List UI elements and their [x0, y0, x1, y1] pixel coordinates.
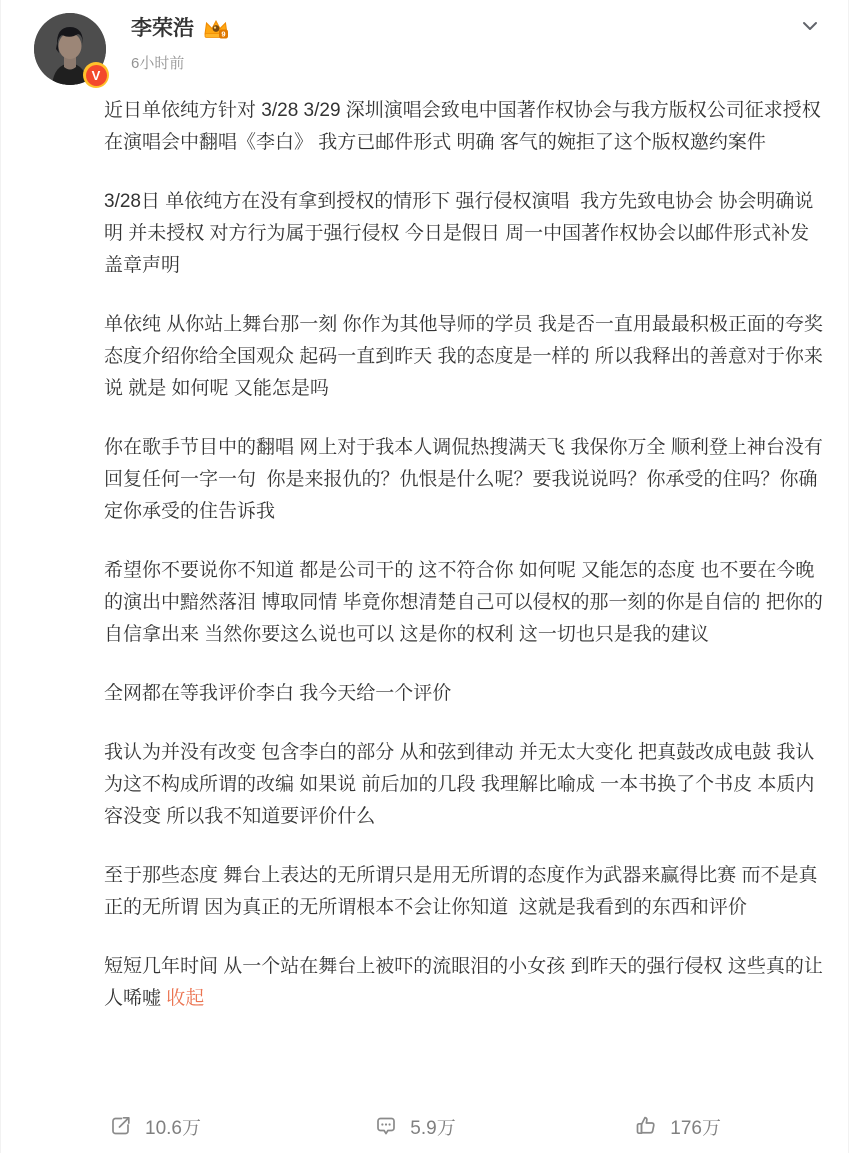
post-header: V 李荣浩 9 6小时前 — [1, 0, 848, 85]
collapse-link[interactable]: 收起 — [166, 988, 204, 1009]
comment-button[interactable]: 5.9万 — [313, 1113, 517, 1140]
verified-v-badge: V — [83, 62, 109, 88]
action-bar: 10.6万 5.9万 176万 — [1, 1103, 848, 1149]
username[interactable]: 李荣浩 — [131, 16, 194, 42]
share-icon — [109, 1114, 133, 1138]
share-button[interactable]: 10.6万 — [109, 1113, 313, 1140]
post-paragraph: 至于那些态度 舞台上表达的无所谓只是用无所谓的态度作为武器来赢得比赛 而不是真正… — [104, 860, 823, 924]
chevron-down-icon[interactable] — [798, 14, 822, 38]
like-button[interactable]: 176万 — [517, 1113, 721, 1140]
thumbs-up-icon — [634, 1114, 658, 1138]
weibo-post-card: V 李荣浩 9 6小时前 近日单依纯方针对 3/28 3/29 深圳演唱会致电中… — [0, 0, 849, 1153]
vip-level-number: 9 — [221, 30, 225, 39]
comment-icon — [374, 1114, 398, 1138]
post-timestamp[interactable]: 6小时前 — [131, 52, 230, 73]
comment-count: 5.9万 — [410, 1113, 455, 1140]
post-paragraph: 单依纯 从你站上舞台那一刻 你作为其他导师的学员 我是否一直用最最积极正面的夸奖… — [104, 309, 823, 405]
post-paragraph: 我认为并没有改变 包含李白的部分 从和弦到律动 并无太大变化 把真鼓改成电鼓 我… — [104, 737, 823, 833]
share-count: 10.6万 — [145, 1113, 201, 1140]
post-paragraph: 全网都在等我评价李白 我今天给一个评价 — [104, 678, 823, 710]
post-content: 近日单依纯方针对 3/28 3/29 深圳演唱会致电中国著作权协会与我方版权公司… — [104, 95, 823, 1015]
post-paragraph: 希望你不要说你不知道 都是公司干的 这不符合你 如何呢 又能怎的态度 也不要在今… — [104, 555, 823, 651]
post-paragraph: 近日单依纯方针对 3/28 3/29 深圳演唱会致电中国著作权协会与我方版权公司… — [104, 95, 823, 159]
vip-crown-icon[interactable]: 9 — [202, 17, 230, 41]
post-paragraph: 3/28日 单依纯方在没有拿到授权的情形下 强行侵权演唱 我方先致电协会 协会明… — [104, 186, 823, 282]
post-paragraph-text: 短短几年时间 从一个站在舞台上被吓的流眼泪的小女孩 到昨天的强行侵权 这些真的让… — [104, 956, 823, 1009]
like-count: 176万 — [670, 1113, 721, 1140]
header-info: 李荣浩 9 6小时前 — [131, 16, 230, 73]
verified-letter: V — [86, 65, 107, 86]
post-paragraph: 你在歌手节目中的翻唱 网上对于我本人调侃热搜满天飞 我保你万全 顺利登上神台没有… — [104, 432, 823, 528]
post-paragraph: 短短几年时间 从一个站在舞台上被吓的流眼泪的小女孩 到昨天的强行侵权 这些真的让… — [104, 951, 823, 1015]
